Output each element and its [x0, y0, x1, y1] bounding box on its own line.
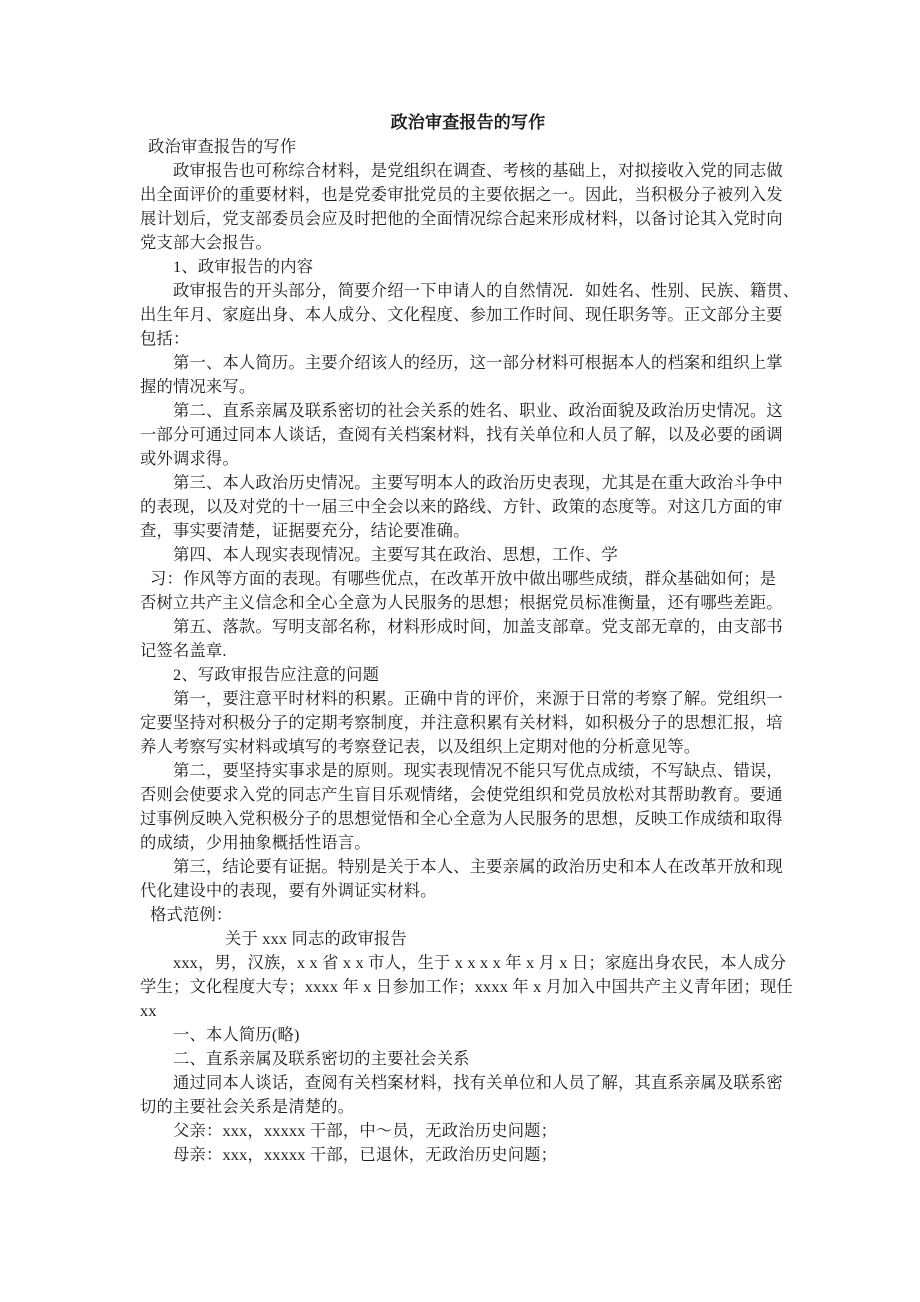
doc-line: 政治审查报告的写作	[140, 135, 796, 159]
doc-line: xxx，男，汉族，x x 省 x x 市人，生于 x x x x 年 x 月 x…	[140, 951, 796, 975]
doc-line: 一部分可通过同本人谈话，查阅有关档案材料，找有关单位和人员了解，以及必要的函调	[140, 423, 796, 447]
doc-line: 一、本人简历(略)	[140, 1023, 796, 1047]
doc-line: 出生年月、家庭出身、本人成分、文化程度、参加工作时间、现任职务等。正文部分主要	[140, 303, 796, 327]
document-lines: 政治审查报告的写作政治审查报告的写作政审报告也可称综合材料，是党组织在调查、考核…	[140, 111, 796, 1167]
doc-line: 通过同本人谈话，查阅有关档案材料，找有关单位和人员了解，其直系亲属及联系密	[140, 1071, 796, 1095]
doc-line: 1、政审报告的内容	[140, 255, 796, 279]
doc-line: 展计划后，党支部委员会应及时把他的全面情况综合起来形成材料，以备讨论其入党时向	[140, 207, 796, 231]
doc-line: 记签名盖章.	[140, 639, 796, 663]
doc-line: 第五、落款。写明支部名称，材料形成时间，加盖支部章。党支部无章的，由支部书	[140, 615, 796, 639]
doc-line: 第二，要坚持实事求是的原则。现实表现情况不能只写优点成绩，不写缺点、错误，	[140, 759, 796, 783]
doc-line: 格式范例：	[140, 903, 796, 927]
document-title: 政治审查报告的写作	[140, 111, 796, 135]
doc-line: xx	[140, 999, 796, 1023]
doc-line: 政审报告也可称综合材料，是党组织在调查、考核的基础上，对拟接收入党的同志做	[140, 159, 796, 183]
doc-line: 否则会使要求入党的同志产生盲目乐观情绪，会使党组织和党员放松对其帮助教育。要通	[140, 783, 796, 807]
doc-line: 关于 xxx 同志的政审报告	[140, 927, 796, 951]
doc-line: 否树立共产主义信念和全心全意为人民服务的思想；根据党员标准衡量，还有哪些差距。	[140, 591, 796, 615]
doc-line: 第一、本人简历。主要介绍该人的经历，这一部分材料可根据本人的档案和组织上掌	[140, 351, 796, 375]
doc-line: 第四、本人现实表现情况。主要写其在政治、思想，工作、学	[140, 543, 796, 567]
doc-line: 养人考察写实材料或填写的考察登记表，以及组织上定期对他的分析意见等。	[140, 735, 796, 759]
doc-line: 过事例反映入党积极分子的思想觉悟和全心全意为人民服务的思想，反映工作成绩和取得	[140, 807, 796, 831]
doc-line: 定要坚持对积极分子的定期考察制度，并注意积累有关材料，如积极分子的思想汇报，培	[140, 711, 796, 735]
doc-line: 政审报告的开头部分，简要介绍一下申请人的自然情况．如姓名、性别、民族、籍贯、	[140, 279, 796, 303]
doc-line: 代化建设中的表现，要有外调证实材料。	[140, 879, 796, 903]
doc-line: 二、直系亲属及联系密切的主要社会关系	[140, 1047, 796, 1071]
doc-line: 党支部大会报告。	[140, 231, 796, 255]
doc-line: 握的情况来写。	[140, 375, 796, 399]
doc-line: 第二、直系亲属及联系密切的社会关系的姓名、职业、政治面貌及政治历史情况。这	[140, 399, 796, 423]
doc-line: 第一，要注意平时材料的积累。正确中肯的评价，来源于日常的考察了解。党组织一	[140, 687, 796, 711]
doc-line: 父亲：xxx，xxxxx 干部，中～员，无政治历史问题；	[140, 1119, 796, 1143]
doc-line: 2、写政审报告应注意的问题	[140, 663, 796, 687]
doc-line: 习：作风等方面的表现。有哪些优点，在改革开放中做出哪些成绩，群众基础如何；是	[140, 567, 796, 591]
doc-line: 切的主要社会关系是清楚的。	[140, 1095, 796, 1119]
doc-line: 或外调求得。	[140, 447, 796, 471]
doc-line: 第三、本人政治历史情况。主要写明本人的政治历史表现，尤其是在重大政治斗争中	[140, 471, 796, 495]
doc-line: 包括：	[140, 327, 796, 351]
doc-line: 查，事实要清楚，证据要充分，结论要准确。	[140, 519, 796, 543]
doc-line: 第三，结论要有证据。特别是关于本人、主要亲属的政治历史和本人在改革开放和现	[140, 855, 796, 879]
doc-line: 的成绩，少用抽象概括性语言。	[140, 831, 796, 855]
doc-line: 母亲：xxx，xxxxx 干部，已退休，无政治历史问题；	[140, 1143, 796, 1167]
document-page: 政治审查报告的写作政治审查报告的写作政审报告也可称综合材料，是党组织在调查、考核…	[0, 0, 920, 1302]
doc-line: 出全面评价的重要材料，也是党委审批党员的主要依据之一。因此，当积极分子被列入发	[140, 183, 796, 207]
doc-line: 的表现，以及对党的十一届三中全会以来的路线、方针、政策的态度等。对这几方面的审	[140, 495, 796, 519]
doc-line: 学生；文化程度大专；xxxx 年 x 日参加工作；xxxx 年 x 月加入中国共…	[140, 975, 796, 999]
